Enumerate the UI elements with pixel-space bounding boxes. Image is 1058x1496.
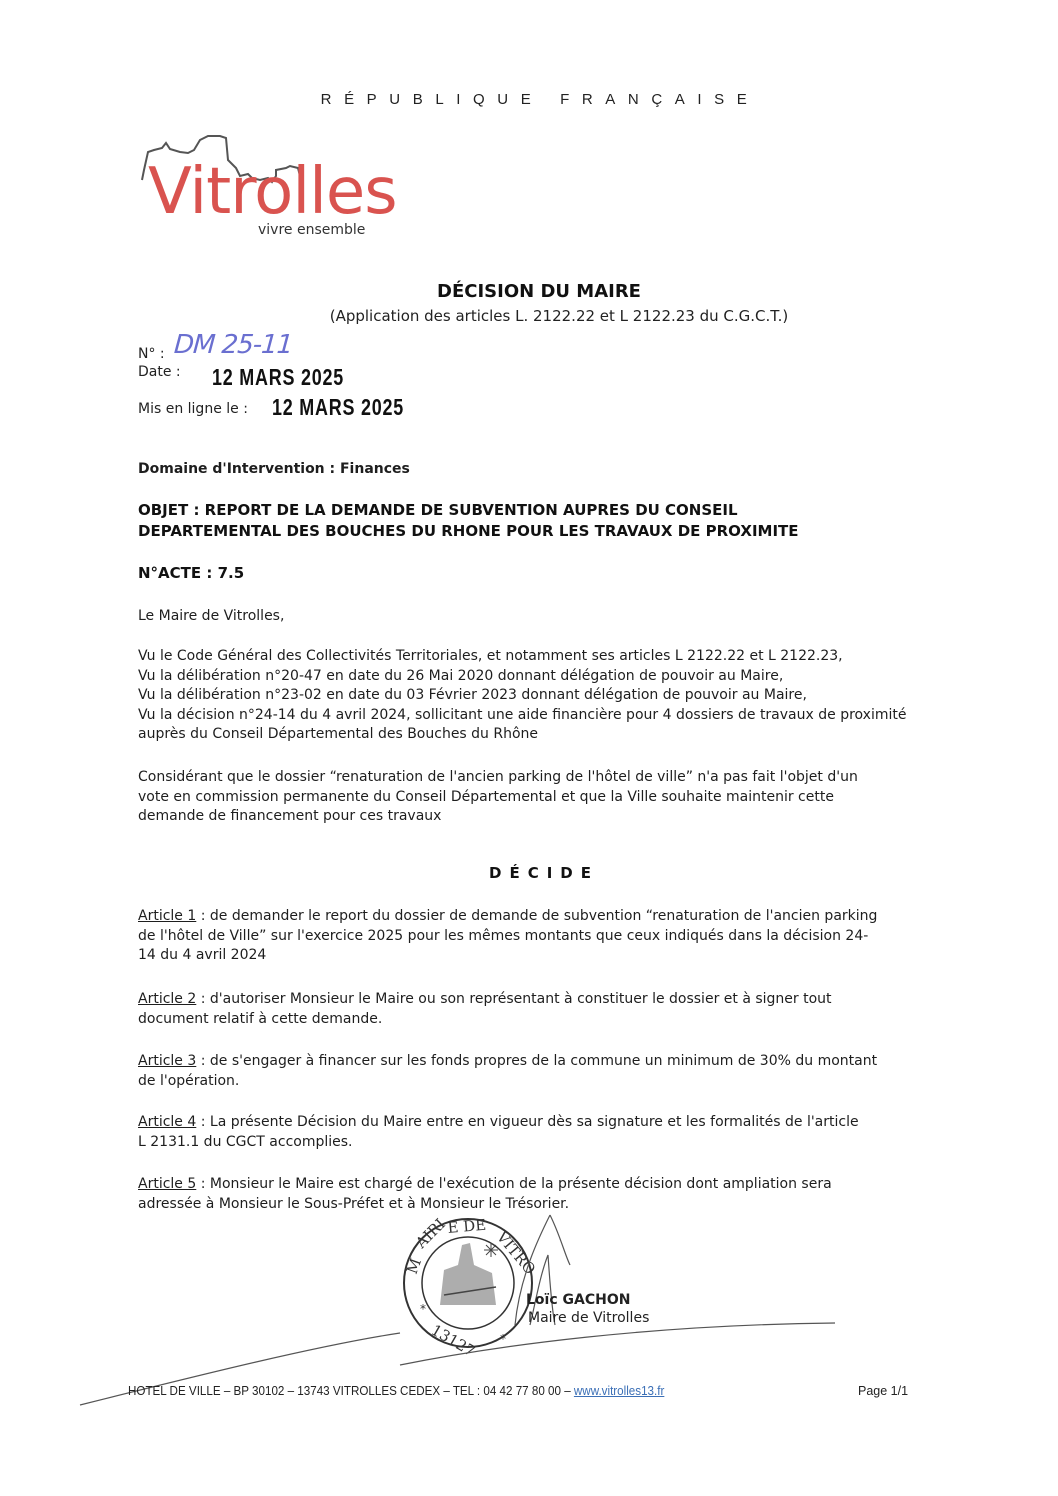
logo-tagline: vivre ensemble — [258, 222, 365, 238]
article-label: Article 2 — [138, 991, 196, 1007]
online-date-label: Mis en ligne le : — [138, 401, 248, 417]
number-label: N° : — [138, 346, 165, 362]
article-5: Article 5 : Monsieur le Maire est chargé… — [138, 1175, 832, 1214]
decide-heading: DÉCIDE — [0, 864, 1058, 882]
svg-text:M: M — [403, 1256, 425, 1277]
article-text: : de s'engager à financer sur les fonds … — [196, 1053, 877, 1069]
intro-line: Le Maire de Vitrolles, — [138, 607, 284, 627]
online-date-stamp: 12 MARS 2025 — [272, 394, 404, 421]
signer-title: Maire de Vitrolles — [528, 1310, 649, 1326]
article-2: Article 2 : d'autoriser Monsieur le Mair… — [138, 990, 832, 1029]
svg-text:AIRI: AIRI — [411, 1215, 449, 1253]
official-seal-and-signature: M AIRI E DE VITRO 13127 * * — [400, 1215, 880, 1385]
date-label: Date : — [138, 364, 181, 380]
article-text: adressée à Monsieur le Sous-Préfet et à … — [138, 1195, 832, 1215]
website-link[interactable]: www.vitrolles13.fr — [574, 1384, 664, 1398]
article-text: : d'autoriser Monsieur le Maire ou son r… — [196, 991, 831, 1007]
vitrolles-logo: Vitrolles vivre ensemble — [140, 130, 420, 250]
acte-number: N°ACTE : 7.5 — [138, 563, 244, 584]
visa-line: Vu la décision n°24-14 du 4 avril 2024, … — [138, 706, 906, 726]
visa-list: Vu le Code Général des Collectivités Ter… — [138, 647, 906, 745]
document-title: DÉCISION DU MAIRE — [0, 281, 1058, 302]
visa-line: Vu le Code Général des Collectivités Ter… — [138, 647, 906, 667]
article-1: Article 1 : de demander le report du dos… — [138, 907, 877, 966]
article-text: de l'hôtel de Ville” sur l'exercice 2025… — [138, 927, 877, 947]
document-subtitle: (Application des articles L. 2122.22 et … — [0, 307, 1058, 325]
article-text: de l'opération. — [138, 1072, 877, 1092]
republique-francaise-header: RÉPUBLIQUE FRANÇAISE — [0, 91, 1058, 108]
signer-name: Loïc GACHON — [526, 1292, 630, 1308]
logo-wordmark: Vitrolles — [148, 160, 397, 224]
considerant-paragraph: Considérant que le dossier “renaturation… — [138, 768, 858, 827]
visa-line: Vu la délibération n°23-02 en date du 03… — [138, 686, 906, 706]
article-3: Article 3 : de s'engager à financer sur … — [138, 1052, 877, 1091]
page-number: Page 1/1 — [858, 1384, 908, 1398]
article-label: Article 3 — [138, 1053, 196, 1069]
considerant-line: vote en commission permanente du Conseil… — [138, 788, 858, 808]
article-text: 14 du 4 avril 2024 — [138, 946, 877, 966]
svg-text:*: * — [420, 1302, 426, 1316]
article-text: document relatif à cette demande. — [138, 1010, 832, 1030]
considerant-line: demande de financement pour ces travaux — [138, 807, 858, 827]
svg-text:*: * — [500, 1332, 506, 1346]
mairie-seal-icon: M AIRI E DE VITRO 13127 * * — [403, 1215, 539, 1360]
article-label: Article 5 — [138, 1176, 196, 1192]
visa-line: auprès du Conseil Départemental des Bouc… — [138, 725, 906, 745]
footer-contact-text: HOTEL DE VILLE – BP 30102 – 13743 VITROL… — [128, 1384, 574, 1398]
date-stamp: 12 MARS 2025 — [212, 364, 344, 391]
objet-line-2: DEPARTEMENTAL DES BOUCHES DU RHONE POUR … — [138, 521, 799, 542]
article-text: : La présente Décision du Maire entre en… — [196, 1114, 858, 1130]
svg-text:E DE: E DE — [447, 1216, 487, 1237]
article-text: : de demander le report du dossier de de… — [196, 908, 877, 924]
svg-text:VITRO: VITRO — [492, 1227, 539, 1278]
visa-line: Vu la délibération n°20-47 en date du 26… — [138, 667, 906, 687]
article-label: Article 4 — [138, 1114, 196, 1130]
article-label: Article 1 — [138, 908, 196, 924]
considerant-line: Considérant que le dossier “renaturation… — [138, 768, 858, 788]
article-4: Article 4 : La présente Décision du Mair… — [138, 1113, 859, 1152]
article-text: L 2131.1 du CGCT accomplies. — [138, 1133, 859, 1153]
decision-number-handwritten: DM 25-11 — [173, 330, 293, 360]
objet-line-1: OBJET : REPORT DE LA DEMANDE DE SUBVENTI… — [138, 500, 738, 521]
article-text: : Monsieur le Maire est chargé de l'exéc… — [196, 1176, 831, 1192]
intervention-domain: Domaine d'Intervention : Finances — [138, 460, 410, 480]
footer-address: HOTEL DE VILLE – BP 30102 – 13743 VITROL… — [128, 1384, 664, 1398]
handwritten-signature — [80, 1215, 835, 1405]
